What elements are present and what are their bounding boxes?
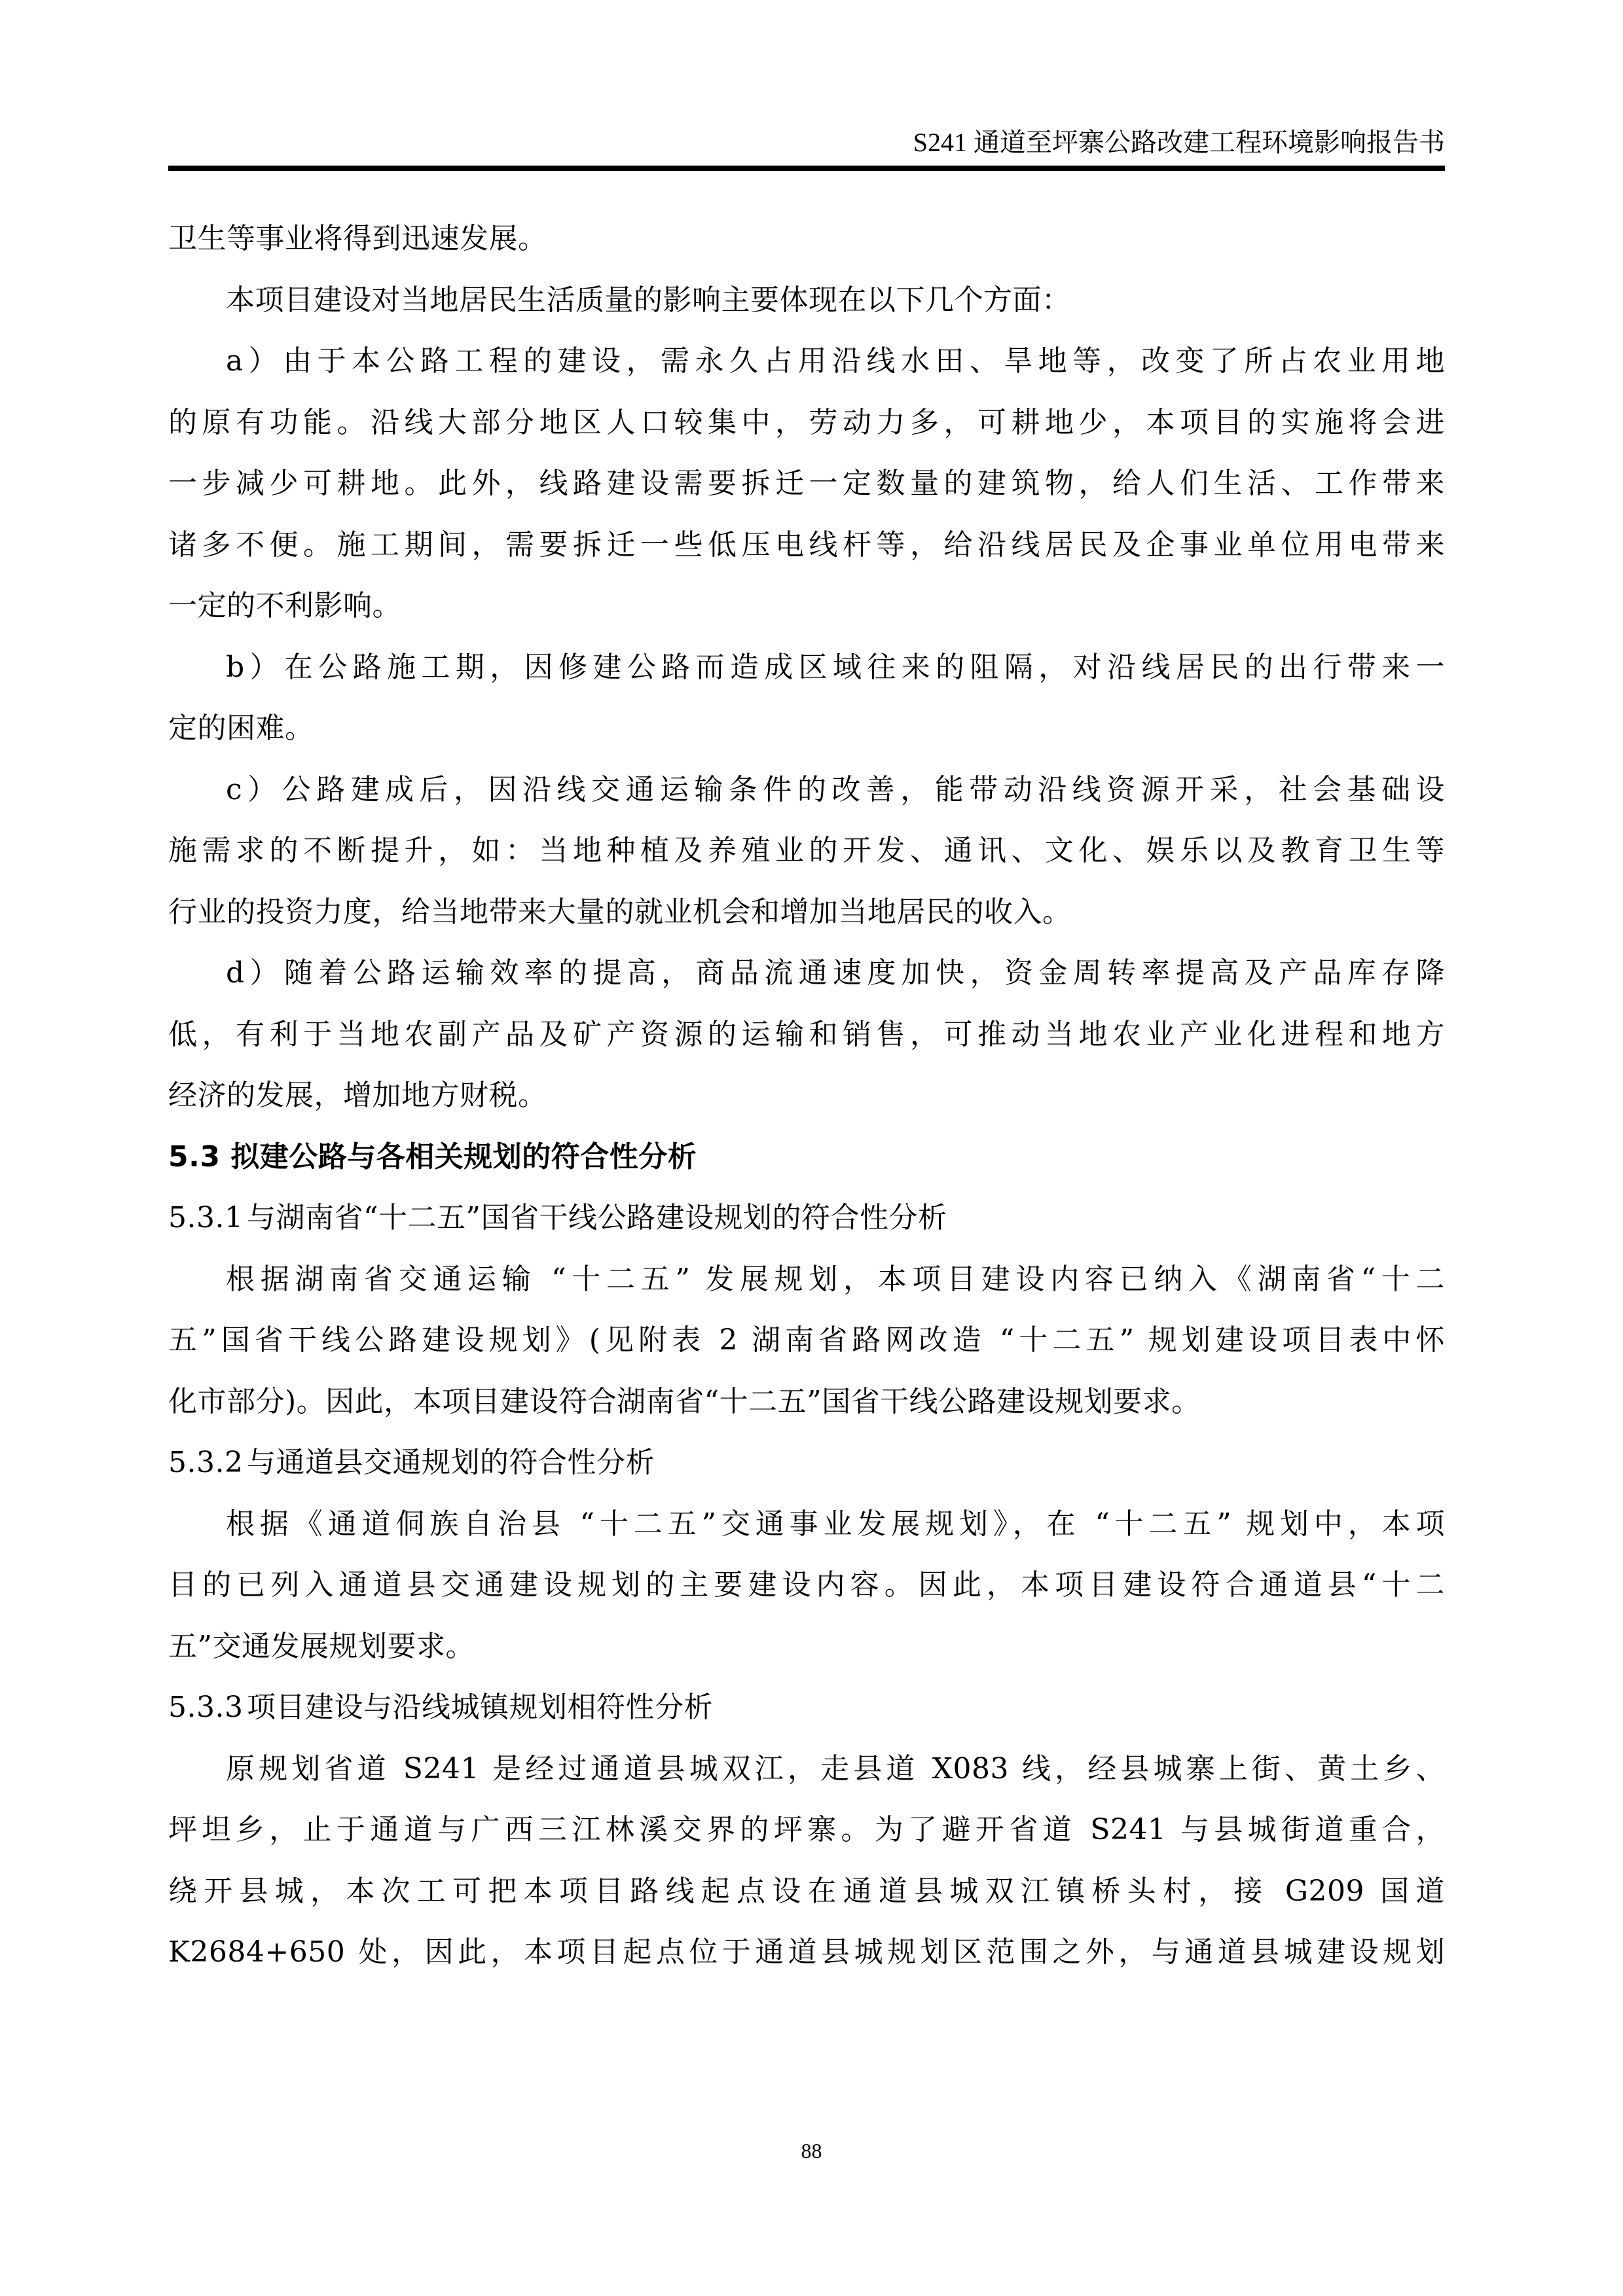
paragraph-531-line: 根据湖南省交通运输 “十二五” 发展规划，本项目建设内容已纳入《湖南省“十二 bbox=[168, 1249, 1445, 1310]
item-c-line: c）公路建成后，因沿线交通运输条件的改善，能带动沿线资源开采，社会基础设 bbox=[168, 759, 1445, 821]
paragraph-533-line: 原规划省道 S241 是经过通道县城双江，走县道 X083 线，经县城寨上街、黄… bbox=[168, 1738, 1445, 1800]
section-heading-5-3: 5.3 拟建公路与各相关规划的符合性分析 bbox=[168, 1126, 1445, 1188]
item-c-line: 施需求的不断提升，如：当地种植及养殖业的开发、通讯、文化、娱乐以及教育卫生等 bbox=[168, 820, 1445, 882]
subsection-number: 5.3.3 bbox=[168, 1677, 247, 1738]
paragraph-532-line: 根据《通道侗族自治县 “十二五”交通事业发展规划》，在 “十二五” 规划中，本项 bbox=[168, 1494, 1445, 1555]
section-number: 5.3 bbox=[168, 1140, 220, 1174]
item-b-line: 定的困难。 bbox=[168, 698, 1445, 759]
item-b-line: b）在公路施工期，因修建公路而造成区域往来的阻隔，对沿线居民的出行带来一 bbox=[168, 637, 1445, 698]
page-number: 88 bbox=[0, 2139, 1623, 2163]
paragraph-531-line: 化市部分)。因此，本项目建设符合湖南省“十二五”国省干线公路建设规划要求。 bbox=[168, 1371, 1445, 1433]
subsection-title: 与湖南省“十二五”国省干线公路建设规划的符合性分析 bbox=[247, 1201, 947, 1234]
section-title: 拟建公路与各相关规划的符合性分析 bbox=[230, 1140, 697, 1174]
paragraph-533-line: K2684+650 处，因此，本项目起点位于通道县城规划区范围之外，与通道县城建… bbox=[168, 1922, 1445, 1983]
subsection-heading-5-3-1: 5.3.1与湖南省“十二五”国省干线公路建设规划的符合性分析 bbox=[168, 1187, 1445, 1249]
item-a-line: 诸多不便。施工期间，需要拆迁一些低压电线杆等，给沿线居民及企事业单位用电带来 bbox=[168, 514, 1445, 576]
page-header: S241 通道至坪寨公路改建工程环境影响报告书 bbox=[168, 98, 1445, 171]
paragraph-intro: 本项目建设对当地居民生活质量的影响主要体现在以下几个方面： bbox=[168, 270, 1445, 331]
item-a-line: a）由于本公路工程的建设，需永久占用沿线水田、旱地等，改变了所占农业用地 bbox=[168, 331, 1445, 392]
paragraph-532-line: 五”交通发展规划要求。 bbox=[168, 1616, 1445, 1677]
item-a-line: 一定的不利影响。 bbox=[168, 575, 1445, 637]
subsection-number: 5.3.2 bbox=[168, 1432, 247, 1494]
item-d-line: 经济的发展，增加地方财税。 bbox=[168, 1065, 1445, 1126]
subsection-title: 与通道县交通规划的符合性分析 bbox=[247, 1446, 655, 1479]
subsection-number: 5.3.1 bbox=[168, 1187, 247, 1249]
item-a-line: 的原有功能。沿线大部分地区人口较集中，劳动力多，可耕地少，本项目的实施将会进 bbox=[168, 392, 1445, 454]
paragraph-532-line: 目的已列入通道县交通建设规划的主要建设内容。因此，本项目建设符合通道县“十二 bbox=[168, 1554, 1445, 1616]
item-d-line: 低，有利于当地农副产品及矿产资源的运输和销售，可推动当地农业产业化进程和地方 bbox=[168, 1004, 1445, 1066]
item-c-line: 行业的投资力度，给当地带来大量的就业机会和增加当地居民的收入。 bbox=[168, 882, 1445, 943]
item-a-line: 一步减少可耕地。此外，线路建设需要拆迁一定数量的建筑物，给人们生活、工作带来 bbox=[168, 453, 1445, 514]
subsection-heading-5-3-3: 5.3.3项目建设与沿线城镇规划相符性分析 bbox=[168, 1677, 1445, 1738]
subsection-heading-5-3-2: 5.3.2与通道县交通规划的符合性分析 bbox=[168, 1432, 1445, 1494]
paragraph-533-line: 绕开县城，本次工可把本项目路线起点设在通道县城双江镇桥头村，接 G209 国道 bbox=[168, 1861, 1445, 1922]
item-d-line: d）随着公路运输效率的提高，商品流通速度加快，资金周转率提高及产品库存降 bbox=[168, 942, 1445, 1004]
document-title: S241 通道至坪寨公路改建工程环境影响报告书 bbox=[913, 122, 1445, 159]
subsection-title: 项目建设与沿线城镇规划相符性分析 bbox=[247, 1691, 713, 1724]
paragraph-533-line: 坪坦乡，止于通道与广西三江林溪交界的坪寨。为了避开省道 S241 与县城街道重合… bbox=[168, 1799, 1445, 1861]
paragraph-line: 卫生等事业将得到迅速发展。 bbox=[168, 208, 1445, 270]
paragraph-531-line: 五”国省干线公路建设规划》(见附表 2 湖南省路网改造 “十二五” 规划建设项目… bbox=[168, 1310, 1445, 1371]
page-body: 卫生等事业将得到迅速发展。 本项目建设对当地居民生活质量的影响主要体现在以下几个… bbox=[168, 208, 1445, 1983]
